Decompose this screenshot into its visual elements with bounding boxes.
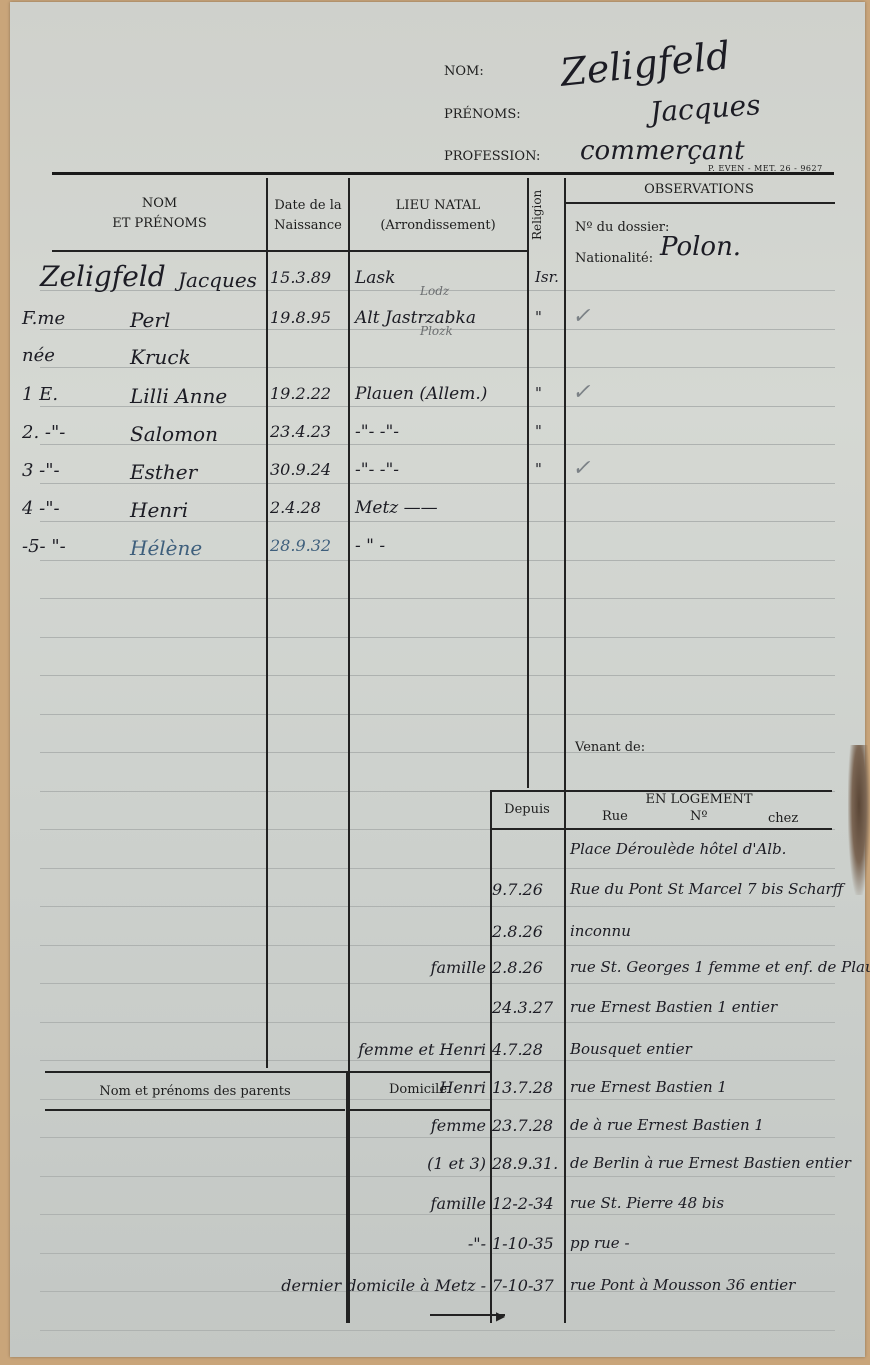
logement-depuis: 2.8.26 (492, 958, 543, 977)
family-religion: " (535, 460, 542, 478)
col-header-nom: NOM ET PRÉNOMS (52, 194, 267, 234)
logement-address: pp rue - (570, 1234, 630, 1252)
logement-header-rule (565, 828, 832, 830)
ruled-line (40, 1330, 835, 1331)
profession-label: PROFESSION: (444, 149, 540, 164)
family-birth-date: 30.9.24 (270, 460, 331, 479)
logement-address: de Berlin à rue Ernest Bastien entier (570, 1154, 851, 1172)
logement-address: Rue du Pont St Marcel 7 bis Scharff (570, 880, 843, 898)
nom-label: NOM: (444, 64, 484, 79)
col-header-observations: OBSERVATIONS (565, 182, 833, 197)
family-given-name: Jacques (178, 268, 257, 292)
parents-header-rule (45, 1109, 345, 1111)
profession-value: commerçant (580, 136, 745, 166)
col-header-date: Date de la Naissance (267, 196, 349, 236)
ruled-line (40, 1176, 835, 1177)
family-birth-date: 19.8.95 (270, 308, 331, 327)
chez-label: chez (768, 811, 798, 826)
logement-depuis: 2.8.26 (492, 922, 543, 941)
logement-address: rue St. Pierre 48 bis (570, 1194, 724, 1212)
family-given-name: Perl (130, 308, 170, 332)
arrow-head-icon: ▶ (496, 1309, 505, 1323)
family-prefix: née (22, 345, 55, 366)
ruled-line (40, 598, 835, 599)
ruled-line (40, 714, 835, 715)
col-header-religion: Religion (530, 190, 544, 240)
logement-address: rue Ernest Bastien 1 (570, 1078, 727, 1096)
ruled-line (40, 1022, 835, 1023)
ruled-line (40, 983, 835, 984)
logement-depuis: 12-2-34 (492, 1194, 554, 1213)
family-prefix: 1 E. (22, 384, 58, 405)
logement-depuis: 1-10-35 (492, 1234, 554, 1253)
check-mark-icon: ✓ (572, 304, 590, 329)
no-label: Nº (690, 809, 708, 824)
family-religion: " (535, 384, 542, 402)
family-prefix: 2. -"- (22, 422, 65, 443)
logement-title: EN LOGEMENT (565, 792, 833, 807)
family-birth-place: - " - (355, 536, 385, 556)
family-birth-place: Alt Jastrzabka (355, 308, 476, 328)
logement-who: (1 et 3) (427, 1154, 486, 1173)
col-divider-3 (527, 178, 529, 788)
logement-who: -"- (468, 1234, 486, 1253)
ruled-line (40, 1253, 835, 1254)
logement-address: Bousquet entier (570, 1040, 692, 1058)
logement-address: Place Déroulède hôtel d'Alb. (570, 840, 786, 858)
family-religion: Isr. (535, 268, 559, 286)
ruled-line (40, 1099, 835, 1100)
logement-depuis: 28.9.31. (492, 1154, 558, 1173)
logement-depuis: 9.7.26 (492, 880, 543, 899)
observations-rule (565, 202, 835, 204)
logement-who: dernier domicile à Metz - (281, 1276, 486, 1295)
family-birth-place: Plauen (Allem.) (355, 384, 487, 404)
family-prefix: 3 -"- (22, 460, 60, 481)
logement-address: rue Ernest Bastien 1 entier (570, 998, 777, 1016)
domicile-header-rule (348, 1109, 490, 1111)
col-header-lieu: LIEU NATAL (Arrondissement) (349, 196, 527, 236)
logement-depuis: 24.3.27 (492, 998, 553, 1017)
logement-address: rue St. Georges 1 femme et enf. de Plaue… (570, 958, 870, 976)
ruled-line (40, 1060, 835, 1061)
logement-address: rue Pont à Mousson 36 entier (570, 1276, 795, 1294)
logement-who: femme (431, 1116, 486, 1135)
family-birth-date: 15.3.89 (270, 268, 331, 287)
ruled-line (40, 637, 835, 638)
check-mark-icon: ✓ (572, 380, 590, 405)
family-birth-date: 28.9.32 (270, 536, 331, 555)
logement-depuis: 7-10-37 (492, 1276, 554, 1295)
col-divider-4 (564, 178, 566, 1323)
prenoms-label: PRÉNOMS: (444, 107, 521, 122)
family-prefix: -5- "- (22, 536, 66, 557)
logement-who: femme et Henri (358, 1040, 486, 1059)
ruled-line (40, 868, 835, 869)
family-given-name: Salomon (130, 422, 218, 446)
parents-top-rule (45, 1071, 490, 1073)
domicile-label: Domicile (389, 1082, 447, 1097)
venant-label: Venant de: (575, 740, 645, 755)
family-birth-place-note: Lodz (420, 284, 449, 298)
header-rule (52, 172, 834, 175)
logement-address: inconnu (570, 922, 631, 940)
family-birth-date: 19.2.22 (270, 384, 331, 403)
family-given-name: Kruck (130, 345, 191, 369)
ruled-line (40, 1214, 835, 1215)
family-birth-place-note: Plozk (420, 324, 453, 338)
ruled-line (40, 1137, 835, 1138)
col-divider-1 (266, 178, 268, 1068)
arrow-icon (430, 1314, 505, 1316)
family-given-name: Esther (130, 460, 197, 484)
rue-label: Rue (602, 809, 628, 824)
stain (848, 745, 870, 895)
logement-address: de à rue Ernest Bastien 1 (570, 1116, 764, 1134)
family-birth-place: Metz —— (355, 498, 438, 518)
ruled-line (40, 752, 835, 753)
ruled-line (40, 560, 835, 561)
ruled-line (40, 906, 835, 907)
family-given-name: Hélène (130, 536, 202, 560)
family-birth-place: -"- -"- (355, 460, 399, 480)
nationalite-label: Nationalité: (575, 251, 653, 266)
family-prefix: 4 -"- (22, 498, 60, 519)
dossier-label: Nº du dossier: (575, 220, 669, 235)
family-birth-place: -"- -"- (355, 422, 399, 442)
family-surname: Zeligfeld (40, 260, 166, 293)
family-religion: " (535, 422, 542, 440)
family-birth-date: 2.4.28 (270, 498, 321, 517)
logement-who: famille (431, 958, 486, 977)
logement-depuis: 13.7.28 (492, 1078, 553, 1097)
family-given-name: Lilli Anne (130, 384, 227, 408)
col-divider-2 (348, 178, 350, 1323)
table-header-rule (52, 250, 527, 252)
depuis-label: Depuis (490, 802, 564, 817)
depuis-rule (490, 828, 564, 830)
family-religion: " (535, 308, 542, 326)
check-mark-icon: ✓ (572, 456, 590, 481)
family-given-name: Henri (130, 498, 188, 522)
logement-who: famille (431, 1194, 486, 1213)
ruled-line (40, 945, 835, 946)
nationalite-value: Polon. (660, 232, 741, 262)
family-prefix: F.me (22, 308, 65, 329)
logement-depuis: 23.7.28 (492, 1116, 553, 1135)
family-birth-date: 23.4.23 (270, 422, 331, 441)
ruled-line (40, 675, 835, 676)
family-birth-place: Lask (355, 268, 395, 288)
parents-label: Nom et prénoms des parents (45, 1084, 345, 1099)
logement-depuis: 4.7.28 (492, 1040, 543, 1059)
